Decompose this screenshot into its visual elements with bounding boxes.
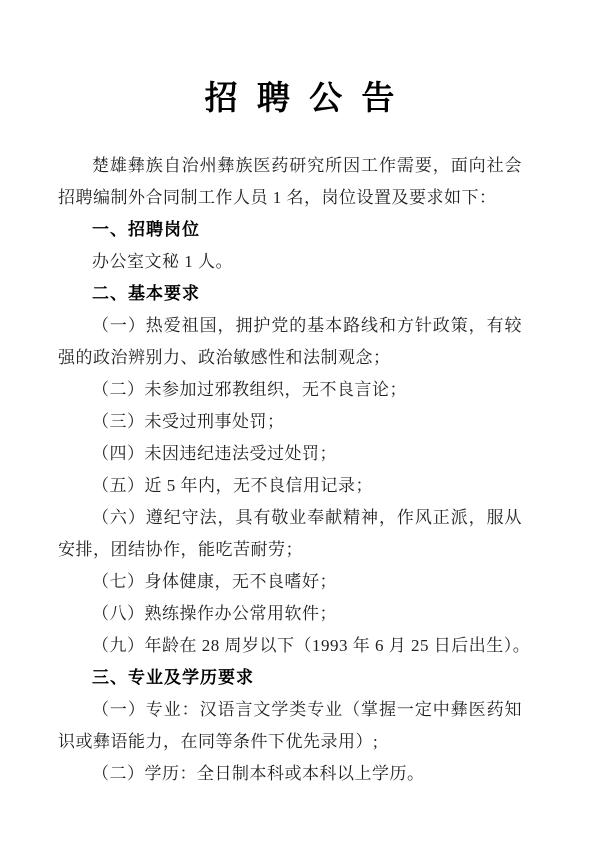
section-1-item-position: 办公室文秘 1 人。	[58, 246, 522, 278]
section-3-heading: 三、专业及学历要求	[58, 662, 522, 694]
section-3-item-2: （二）学历：全日制本科或本科以上学历。	[58, 758, 522, 790]
section-2-item-1: （一）热爱祖国，拥护党的基本路线和方针政策，有较强的政治辨别力、政治敏感性和法制…	[58, 310, 522, 374]
document-page: 招 聘 公 告 楚雄彝族自治州彝族医药研究所因工作需要，面向社会招聘编制外合同制…	[0, 0, 600, 857]
section-2-item-3: （三）未受过刑事处罚；	[58, 406, 522, 438]
intro-paragraph: 楚雄彝族自治州彝族医药研究所因工作需要，面向社会招聘编制外合同制工作人员 1 名…	[58, 150, 522, 214]
section-2-item-4: （四）未因违纪违法受过处罚；	[58, 438, 522, 470]
document-title: 招 聘 公 告	[0, 0, 600, 120]
section-2-item-9: （九）年龄在 28 周岁以下（1993 年 6 月 25 日后出生）。	[58, 630, 522, 662]
section-2-item-5: （五）近 5 年内，无不良信用记录；	[58, 470, 522, 502]
section-2-item-8: （八）熟练操作办公常用软件；	[58, 598, 522, 630]
section-2-item-7: （七）身体健康，无不良嗜好；	[58, 566, 522, 598]
document-body: 楚雄彝族自治州彝族医药研究所因工作需要，面向社会招聘编制外合同制工作人员 1 名…	[58, 150, 522, 790]
section-2-heading: 二、基本要求	[58, 278, 522, 310]
section-1-heading: 一、招聘岗位	[58, 214, 522, 246]
section-3-item-1: （一）专业：汉语言文学类专业（掌握一定中彝医药知识或彝语能力，在同等条件下优先录…	[58, 694, 522, 758]
section-2-item-2: （二）未参加过邪教组织，无不良言论；	[58, 374, 522, 406]
section-2-item-6: （六）遵纪守法，具有敬业奉献精神，作风正派，服从安排，团结协作，能吃苦耐劳；	[58, 502, 522, 566]
